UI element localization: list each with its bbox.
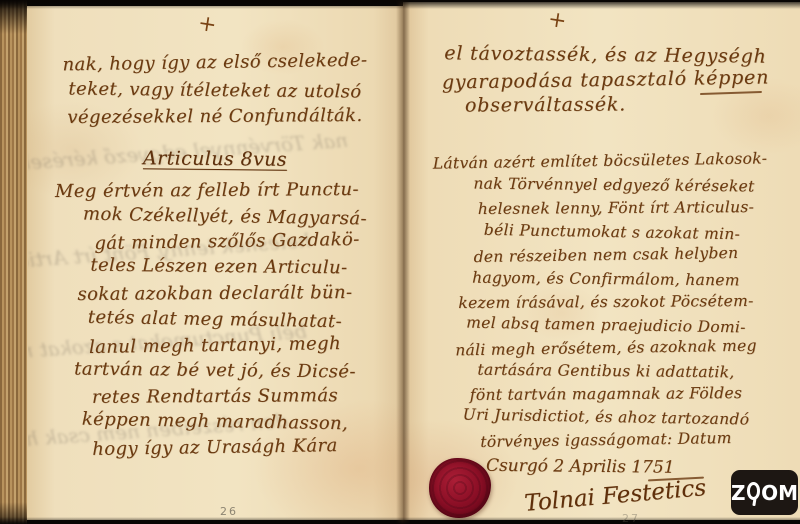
handwritten-line: helesnek lenny, Fönt írt Articulus-	[430, 198, 800, 219]
handwritten-line: végezésekkel né Confundálták.	[45, 105, 385, 128]
handwritten-line: teles Lészen ezen Articulu-	[49, 254, 389, 279]
zoom-watermark: Z OM	[731, 470, 798, 515]
article-heading: Articulus 8vus	[45, 146, 385, 172]
zoom-watermark-label: OM	[761, 483, 798, 503]
handwritten-line: sokat azokban declarált bün-	[45, 282, 385, 305]
handwritten-line: kezem írásával, és szokot Pöcsétem-	[420, 292, 792, 313]
cross-mark-left: +	[196, 11, 218, 39]
top-edge-shadow	[0, 0, 800, 9]
handwritten-line: observáltassék.	[368, 93, 723, 117]
handwritten-line: el távoztassék, és az Hegységh	[428, 42, 783, 68]
book-gutter	[396, 0, 410, 524]
magnifier-icon	[747, 482, 761, 500]
handwritten-line: fönt tartván magamnak az Földes	[420, 384, 792, 405]
handwritten-line: Meg értvén az felleb írt Punctu-	[37, 179, 377, 202]
manuscript-photo: nak Törvénnyel edgyező kéréseket helesne…	[0, 0, 800, 524]
handwritten-line: retes Rendtartás Summás	[45, 385, 385, 408]
bottom-edge-shadow	[0, 517, 800, 524]
cross-mark-right: +	[546, 7, 568, 35]
handwritten-line: tartván az bé vet jó, és Dicsé-	[45, 358, 385, 383]
zoom-watermark-label: Z	[731, 483, 746, 503]
handwritten-line: teket, vagy ítéleteket az utolsó	[45, 78, 385, 103]
dateline: Csurgó 2 Aprilis 1751	[486, 456, 726, 479]
book-page-edges	[0, 0, 27, 524]
